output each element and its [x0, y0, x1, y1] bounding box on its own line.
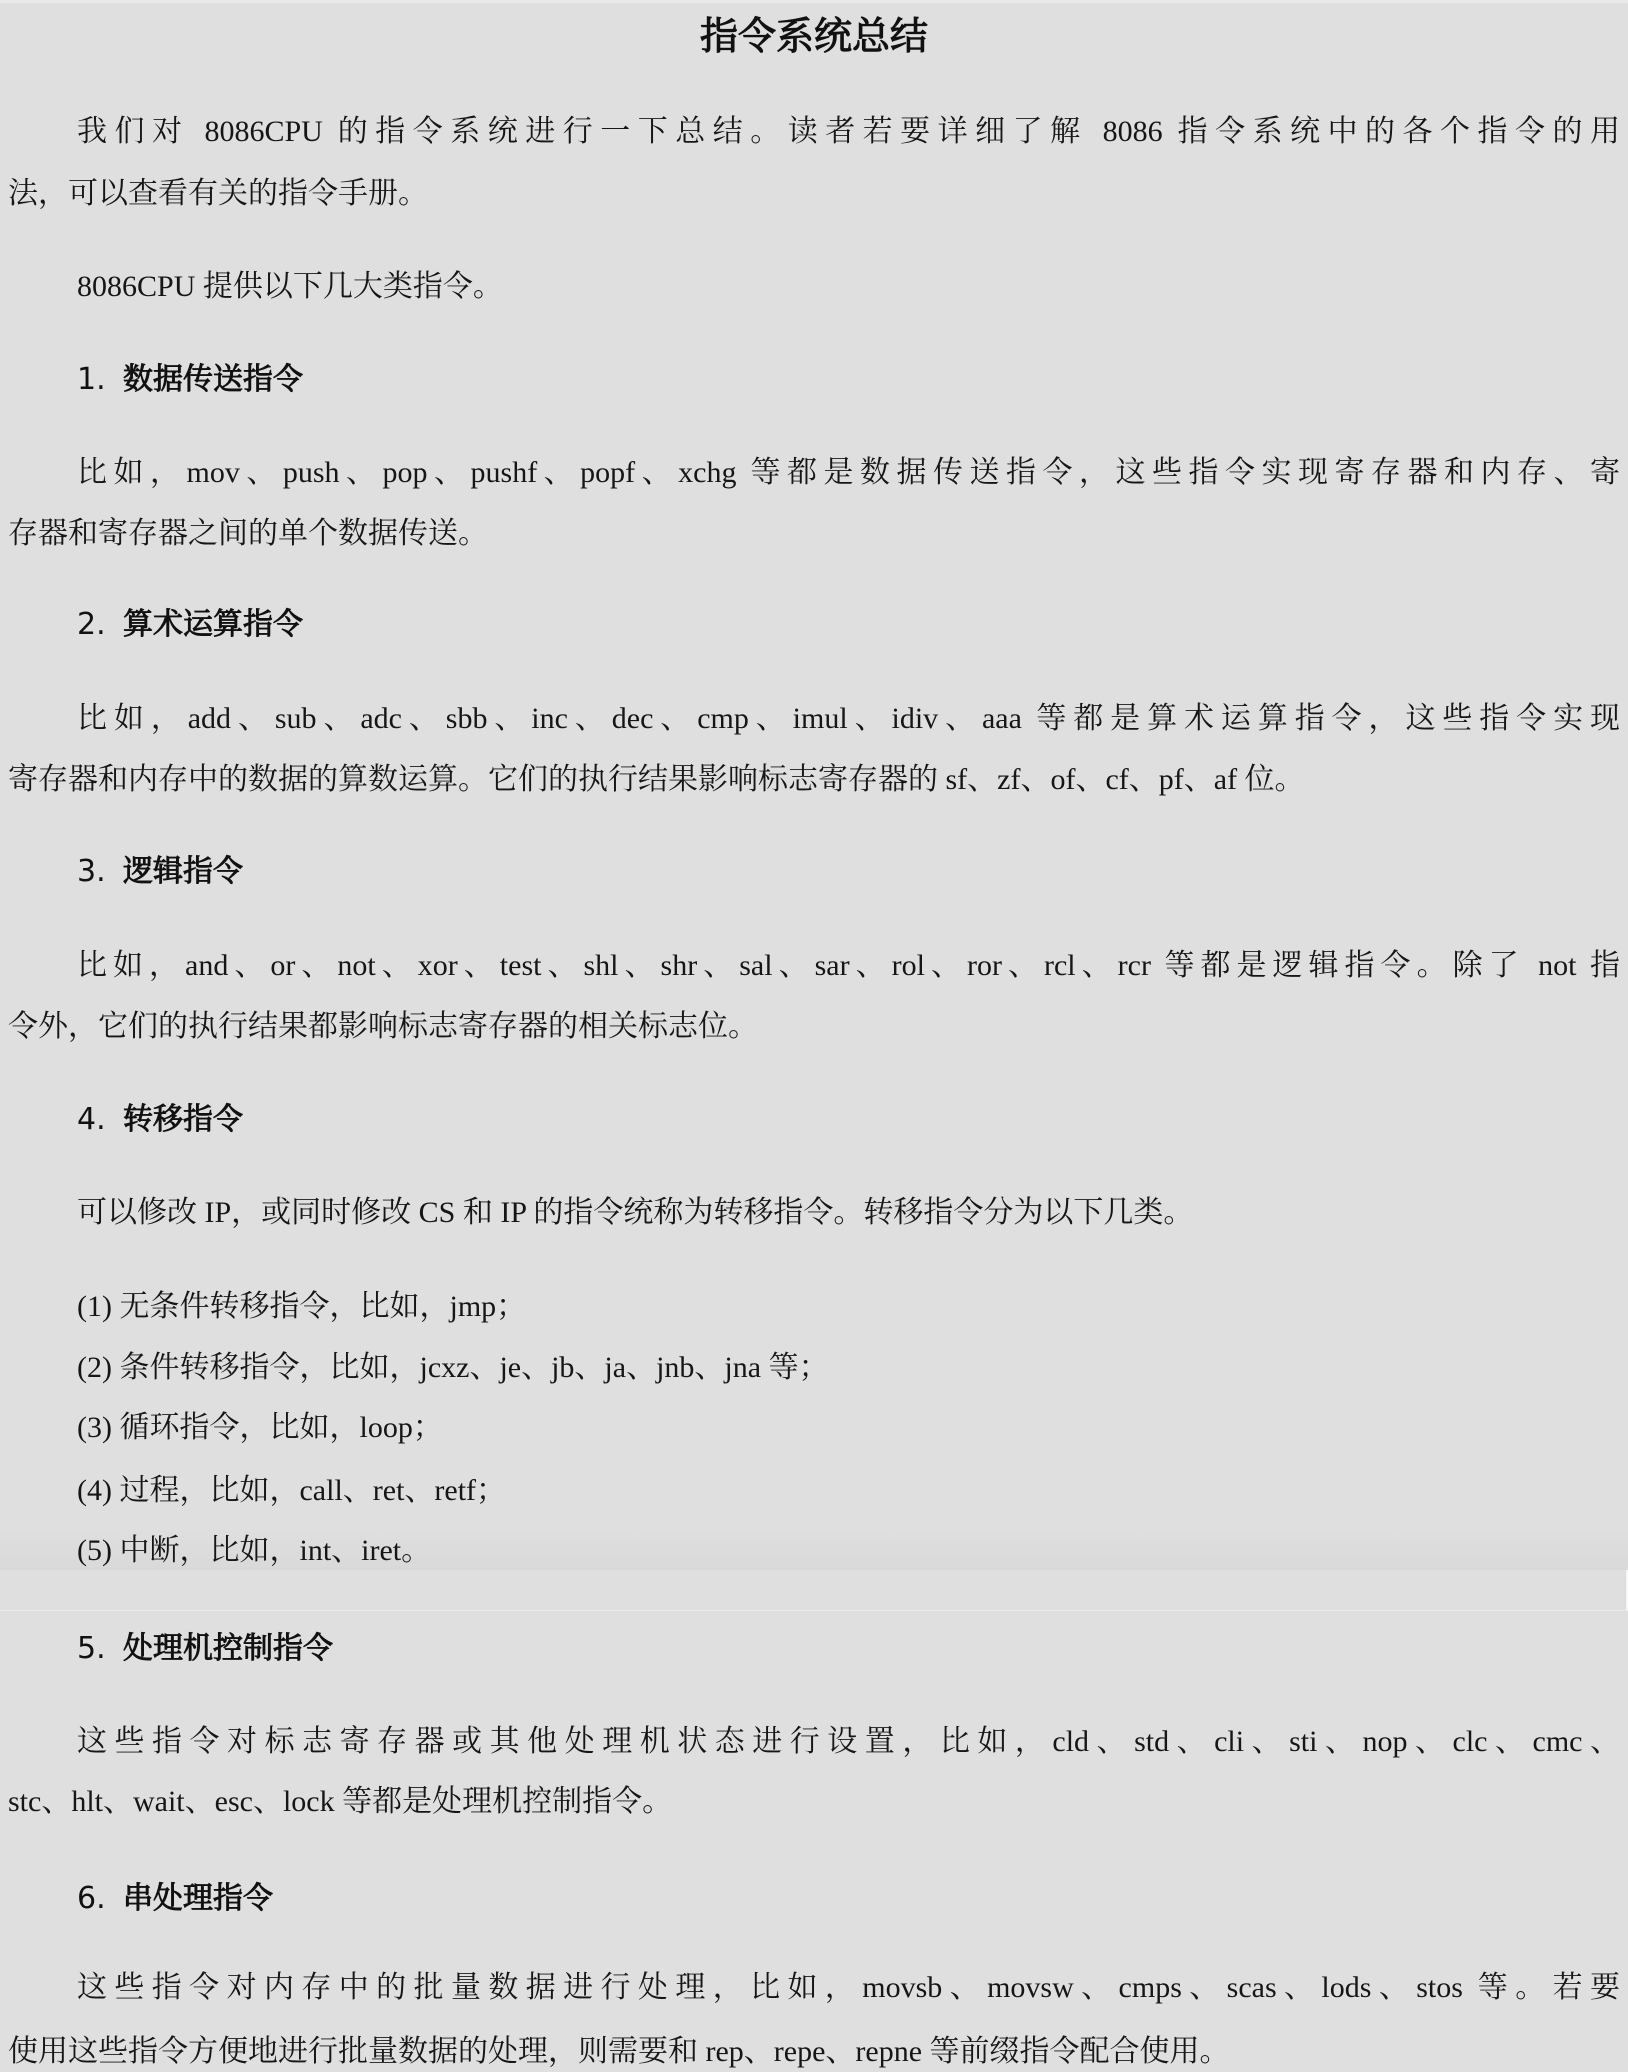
transfer-item-1: (1) 无条件转移指令，比如，jmp；	[77, 1287, 1620, 1327]
section-heading-2: 2.算术运算指令	[77, 605, 303, 645]
section-heading-3: 3.逻辑指令	[77, 852, 243, 892]
transfer-item-3: (3) 循环指令，比如，loop；	[77, 1408, 1620, 1448]
section-2-line-1: 比如，add、sub、adc、sbb、inc、dec、cmp、imul、idiv…	[77, 699, 1620, 739]
section-5-line-2: stc、hlt、wait、esc、lock 等都是处理机控制指令。	[8, 1782, 1620, 1822]
section-heading-5: 5.处理机控制指令	[77, 1629, 333, 1669]
section-number: 2.	[77, 605, 123, 645]
section-3-line-1: 比如，and、or、not、xor、test、shl、shr、sal、sar、r…	[77, 946, 1620, 986]
intro-line-2: 法，可以查看有关的指令手册。	[8, 174, 1620, 214]
section-title: 逻辑指令	[123, 854, 243, 889]
section-2-line-2: 寄存器和内存中的数据的算数运算。它们的执行结果影响标志寄存器的 sf、zf、of…	[8, 760, 1620, 800]
section-3-line-2: 令外，它们的执行结果都影响标志寄存器的相关标志位。	[8, 1007, 1620, 1047]
page-title: 指令系统总结	[0, 13, 1628, 59]
section-number: 4.	[77, 1100, 123, 1140]
intro-line-1: 我们对 8086CPU 的指令系统进行一下总结。读者若要详细了解 8086 指令…	[77, 112, 1620, 152]
section-title: 算术运算指令	[123, 607, 303, 642]
section-heading-4: 4.转移指令	[77, 1100, 243, 1140]
section-title: 数据传送指令	[123, 362, 303, 397]
transfer-item-4: (4) 过程，比如，call、ret、retf；	[77, 1471, 1620, 1511]
section-title: 转移指令	[123, 1102, 243, 1137]
categories-intro: 8086CPU 提供以下几大类指令。	[77, 267, 1620, 307]
page-seam-line	[0, 1610, 1628, 1611]
section-title: 串处理指令	[123, 1881, 273, 1916]
section-number: 5.	[77, 1629, 123, 1669]
section-heading-1: 1.数据传送指令	[77, 360, 303, 400]
section-number: 3.	[77, 852, 123, 892]
section-1-line-1: 比如，mov、push、pop、pushf、popf、xchg 等都是数据传送指…	[77, 453, 1620, 493]
section-6-line-1: 这些指令对内存中的批量数据进行处理，比如，movsb、movsw、cmps、sc…	[77, 1968, 1620, 2008]
section-heading-6: 6.串处理指令	[77, 1879, 273, 1919]
section-6-line-2: 使用这些指令方便地进行批量数据的处理，则需要和 rep、repe、repne 等…	[8, 2032, 1620, 2072]
section-5-line-1: 这些指令对标志寄存器或其他处理机状态进行设置，比如，cld、std、cli、st…	[77, 1722, 1620, 1762]
section-number: 1.	[77, 360, 123, 400]
section-1-line-2: 存器和寄存器之间的单个数据传送。	[8, 514, 1620, 554]
section-4-line-1: 可以修改 IP，或同时修改 CS 和 IP 的指令统称为转移指令。转移指令分为以…	[77, 1193, 1620, 1233]
top-edge	[0, 0, 1628, 3]
transfer-item-2: (2) 条件转移指令，比如，jcxz、je、jb、ja、jnb、jna 等；	[77, 1348, 1620, 1388]
page-seam-band	[0, 1570, 1628, 1610]
transfer-item-5: (5) 中断，比如，int、iret。	[77, 1531, 1620, 1571]
section-number: 6.	[77, 1879, 123, 1919]
section-title: 处理机控制指令	[123, 1631, 333, 1666]
